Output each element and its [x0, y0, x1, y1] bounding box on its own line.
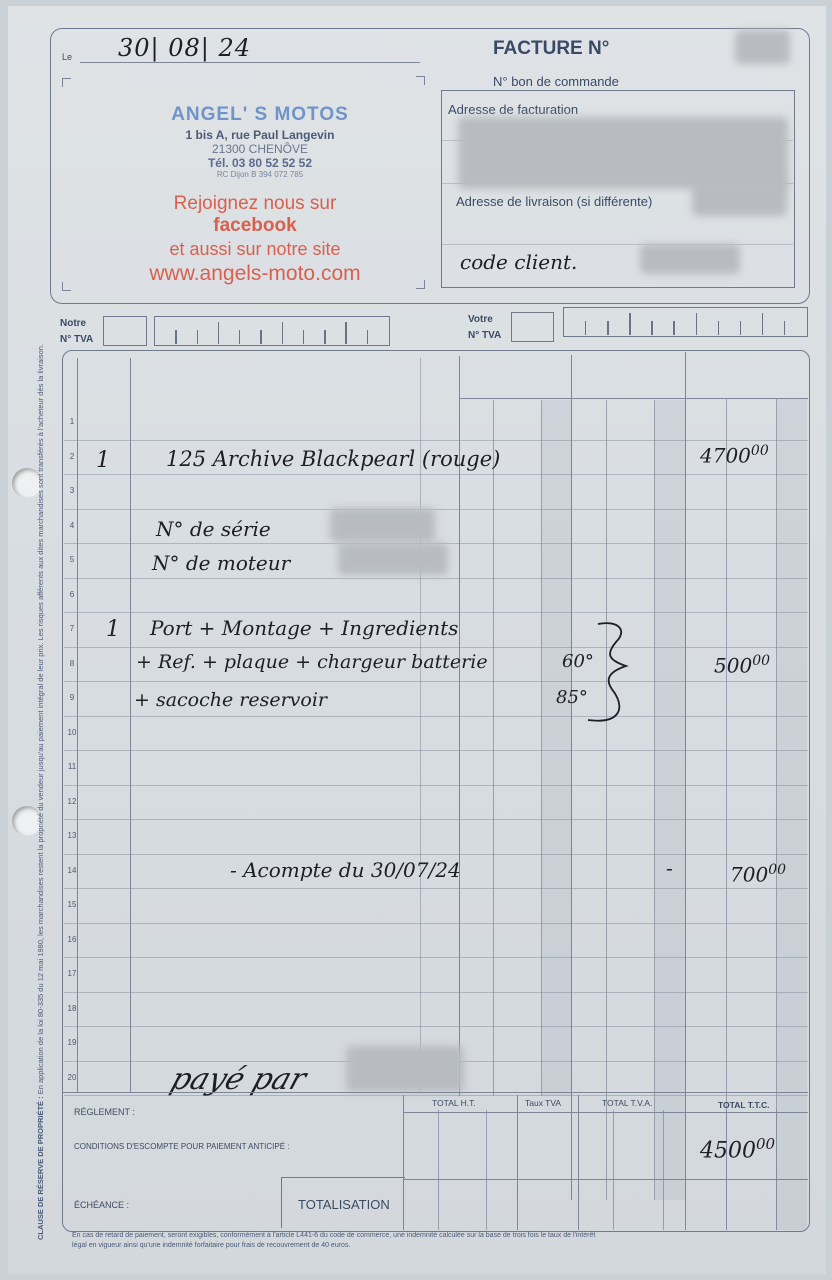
row-line [64, 509, 808, 510]
totals-sub [663, 1110, 664, 1230]
totals-header-line [404, 1112, 808, 1113]
row-number: 7 [66, 624, 78, 633]
row-number: 3 [66, 486, 78, 495]
row-line [64, 612, 808, 613]
row-line [64, 923, 808, 924]
delivery-address-label: Adresse de livraison (si différente) [456, 194, 652, 209]
row-number: 10 [66, 728, 78, 737]
row-line [64, 474, 808, 475]
row-line [64, 888, 808, 889]
digit-tick [607, 321, 608, 335]
row-number: 15 [66, 900, 78, 909]
row-number: 2 [66, 452, 78, 461]
corner-mark [62, 78, 71, 87]
totalisation-label: TOTALISATION [298, 1197, 390, 1212]
client-code-redacted [640, 244, 740, 274]
row-number: 6 [66, 590, 78, 599]
our-vat-label-2: N° TVA [60, 332, 93, 348]
row-number: 16 [66, 935, 78, 944]
billing-address-label: Adresse de facturation [448, 102, 578, 117]
promo-line-3: et aussi sur notre site [100, 239, 410, 260]
date-value: 30| 08| 24 [118, 34, 251, 62]
amount-value: 500 [714, 654, 752, 678]
our-vat-field-number[interactable] [154, 316, 390, 346]
vat-rate-label: Taux TVA [525, 1098, 561, 1108]
digit-tick [740, 321, 741, 335]
side-clause-text: En application de la loi 80-335 du 12 ma… [36, 344, 45, 1094]
totals-col-2 [517, 1095, 518, 1230]
corner-mark [416, 280, 425, 289]
row-number: 8 [66, 659, 78, 668]
amount-cents: 00 [751, 443, 769, 459]
late-payment-notice: En cas de retard de paiement, seront exi… [72, 1231, 822, 1251]
payer-name-redacted [346, 1046, 464, 1092]
website-link[interactable]: www.angels-moto.com [100, 262, 410, 286]
cents-shade [655, 400, 685, 1200]
company-name: ANGEL' S MOTOS [100, 104, 420, 126]
totals-sub [486, 1110, 487, 1230]
total-ttc-label: TOTAL T.T.C. [718, 1100, 769, 1110]
digit-tick [260, 330, 261, 344]
item-2-description-3: + sacoche reservoir [134, 689, 327, 711]
invoice-title: FACTURE N° [493, 38, 609, 60]
company-registry: RC Dijon B 394 072 785 [100, 170, 420, 179]
late-payment-line-2: légal en vigueur ainsi qu'une indemnité … [72, 1241, 822, 1251]
row-line [64, 819, 808, 820]
amount-value: 4700 [700, 444, 751, 468]
row-line [64, 854, 808, 855]
discount-label: CONDITIONS D'ESCOMPTE POUR PAIEMENT ANTI… [74, 1142, 289, 1151]
deposit-amount: 70000 [730, 862, 786, 887]
digit-tick [651, 321, 652, 335]
your-vat-label: Votre N° TVA [468, 312, 501, 344]
row-line [64, 750, 808, 751]
item-1-qty: 1 [96, 448, 110, 473]
invoice-number-redacted [735, 30, 790, 64]
totals-col-1 [403, 1095, 404, 1230]
digit-tick [239, 330, 240, 344]
amount-cents: 00 [752, 653, 770, 669]
item-2-description: Port + Montage + Ingredients [150, 616, 458, 640]
your-vat-field-number[interactable] [563, 307, 808, 337]
serial-number-label: N° de série [156, 517, 271, 541]
deposit-description: - Acompte du 30/07/24 [230, 858, 461, 882]
row-line [64, 957, 808, 958]
company-stamp: ANGEL' S MOTOS 1 bis A, rue Paul Langevi… [100, 104, 420, 179]
your-vat-field-prefix[interactable] [511, 312, 554, 342]
digit-tick [696, 313, 697, 335]
col-rownum [77, 358, 78, 1092]
totals-sub [438, 1110, 439, 1230]
item-2-qty: 1 [106, 617, 120, 642]
corner-mark [62, 282, 71, 291]
total-ht-label: TOTAL H.T. [432, 1098, 476, 1108]
row-number: 13 [66, 831, 78, 840]
item-2-amount: 50000 [714, 653, 770, 678]
row-line [64, 647, 808, 648]
our-vat-field-prefix[interactable] [103, 316, 147, 346]
side-clause-title: CLAUSE DE RÉSERVE DE PROPRIÉTÉ : [36, 1096, 45, 1240]
digit-tick [629, 313, 630, 335]
row-number: 19 [66, 1038, 78, 1047]
digit-tick [718, 321, 719, 335]
col-total [685, 352, 686, 1230]
serial-number-redacted [330, 508, 435, 542]
due-date-label: ÉCHÉANCE : [74, 1200, 129, 1210]
digit-tick [585, 321, 586, 335]
totals-mid-line [404, 1179, 808, 1180]
total-vat-label: TOTAL T.V.A. [602, 1098, 652, 1108]
row-line [64, 992, 808, 993]
totals-col-3 [578, 1095, 579, 1230]
order-number-label: N° bon de commande [493, 74, 619, 89]
digit-tick [673, 321, 674, 335]
address-divider [442, 244, 793, 245]
digit-tick [218, 322, 219, 344]
amount-cents: 00 [768, 862, 786, 878]
digit-tick [303, 330, 304, 344]
payment-label: RÉGLEMENT : [74, 1107, 135, 1117]
total-ttc-cents: 00 [756, 1135, 775, 1153]
row-number: 1 [66, 417, 78, 426]
totals-sub [726, 1110, 727, 1230]
row-line [64, 785, 808, 786]
billing-address-redacted [458, 117, 788, 189]
promo-line-1: Rejoignez nous sur [100, 193, 410, 215]
item-1-amount: 470000 [700, 443, 769, 468]
amount-value: 700 [730, 863, 768, 887]
row-number: 20 [66, 1073, 78, 1082]
row-number: 9 [66, 693, 78, 702]
engine-number-redacted [338, 543, 448, 575]
client-code-label: code client. [460, 250, 577, 274]
total-ttc-amount: 4500 [700, 1138, 756, 1163]
cents-shade [777, 398, 807, 1230]
your-vat-label-2: N° TVA [468, 328, 501, 344]
company-address-2: 21300 CHENÔVE [100, 142, 420, 156]
date-label: Le [62, 52, 72, 62]
footer-separator [62, 1092, 808, 1093]
row-number: 11 [66, 762, 78, 771]
company-phone: Tél. 03 80 52 52 52 [100, 156, 420, 170]
our-vat-label: Notre N° TVA [60, 316, 93, 348]
date-underline [80, 62, 420, 63]
corner-mark [416, 76, 425, 85]
digit-tick [197, 330, 198, 344]
digit-tick [345, 322, 346, 344]
col-sub-3 [606, 400, 607, 1200]
company-address-1: 1 bis A, rue Paul Langevin [100, 128, 420, 142]
row-line [64, 1026, 808, 1027]
digit-tick [282, 322, 283, 344]
totals-sub [776, 1110, 777, 1230]
header-separator [460, 398, 808, 399]
promo-facebook: facebook [100, 215, 410, 237]
digit-tick [175, 330, 176, 344]
digit-tick [762, 313, 763, 335]
side-clause: CLAUSE DE RÉSERVE DE PROPRIÉTÉ : En appl… [36, 20, 45, 1240]
digit-tick [367, 330, 368, 344]
row-line [64, 681, 808, 682]
col-qty [130, 358, 131, 1092]
your-vat-label-1: Votre [468, 312, 501, 328]
col-vat [571, 355, 572, 1200]
total-ttc-value: 450000 [700, 1135, 775, 1163]
row-number: 4 [66, 521, 78, 530]
row-number: 18 [66, 1004, 78, 1013]
brace-icon [578, 620, 648, 726]
digit-tick [324, 330, 325, 344]
our-vat-label-1: Notre [60, 316, 93, 332]
digit-tick [784, 321, 785, 335]
item-2-description-2: + Ref. + plaque + chargeur batterie [136, 651, 488, 673]
deposit-sign: - [666, 856, 673, 880]
row-line [64, 716, 808, 717]
row-number: 17 [66, 969, 78, 978]
item-1-description: 125 Archive Blackpearl (rouge) [166, 447, 500, 471]
delivery-address-redacted [692, 180, 787, 216]
row-number: 14 [66, 866, 78, 875]
totals-sub [613, 1110, 614, 1230]
promo-block: Rejoignez nous sur facebook et aussi sur… [100, 193, 410, 286]
engine-number-label: N° de moteur [152, 551, 290, 575]
row-number: 12 [66, 797, 78, 806]
row-line [64, 440, 808, 441]
row-line [64, 578, 808, 579]
row-number: 5 [66, 555, 78, 564]
late-payment-line-1: En cas de retard de paiement, seront exi… [72, 1231, 822, 1241]
